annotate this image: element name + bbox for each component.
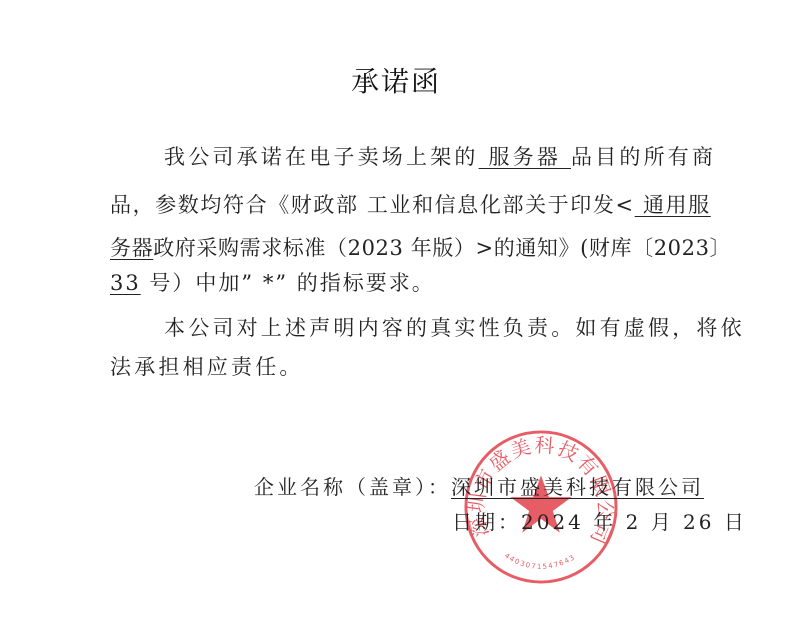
body-text: 品目的所有商 — [571, 145, 716, 169]
body-text: 我公司承诺在电子卖场上架的 — [164, 145, 479, 169]
body-line-1: 我公司承诺在电子卖场上架的 服务器 品目的所有商 — [164, 142, 716, 172]
date-line: 日期：2024 年 2 月 26 日 — [452, 507, 747, 537]
company-label: 企业名称（盖章）： — [254, 475, 451, 499]
body-line-3: 务器政府采购需求标准（2023 年版）>的通知》(财库〔2023〕 — [110, 233, 731, 263]
document-page: 承诺函 我公司承诺在电子卖场上架的 服务器 品目的所有商 品，参数均符合《财政部… — [0, 0, 792, 619]
body-line-6: 法承担相应责任。 — [110, 352, 304, 382]
body-text: 品，参数均符合《财政部 工业和信息化部关于印发< — [110, 193, 635, 217]
date-label: 日期： — [452, 510, 521, 534]
standard-name-part1: 通用服 — [635, 193, 711, 217]
document-number: 33 — [110, 271, 141, 295]
standard-name-part2: 务器 — [110, 236, 153, 260]
body-line-4: 33 号）中加” *” 的指标要求。 — [110, 268, 435, 298]
svg-text:4403071547643: 4403071547643 — [503, 552, 577, 571]
body-text: 政府采购需求标准（2023 年版）>的通知》(财库〔2023〕 — [153, 236, 731, 260]
body-line-5: 本公司对上述声明内容的真实性负责。如有虚假，将依 — [164, 313, 745, 343]
company-name: 深圳市盛美科技有限公司 — [451, 475, 704, 499]
company-line: 企业名称（盖章）：深圳市盛美科技有限公司 — [254, 472, 704, 502]
product-category: 服务器 — [479, 145, 571, 169]
body-text: 本公司对上述声明内容的真实性负责。如有虚假，将依 — [164, 316, 745, 340]
date-value: 2024 年 2 月 26 日 — [521, 510, 747, 534]
document-title: 承诺函 — [0, 60, 792, 100]
body-text: 号）中加” *” 的指标要求。 — [141, 271, 435, 295]
body-line-2: 品，参数均符合《财政部 工业和信息化部关于印发< 通用服 — [110, 190, 711, 220]
body-text: 法承担相应责任。 — [110, 355, 304, 379]
